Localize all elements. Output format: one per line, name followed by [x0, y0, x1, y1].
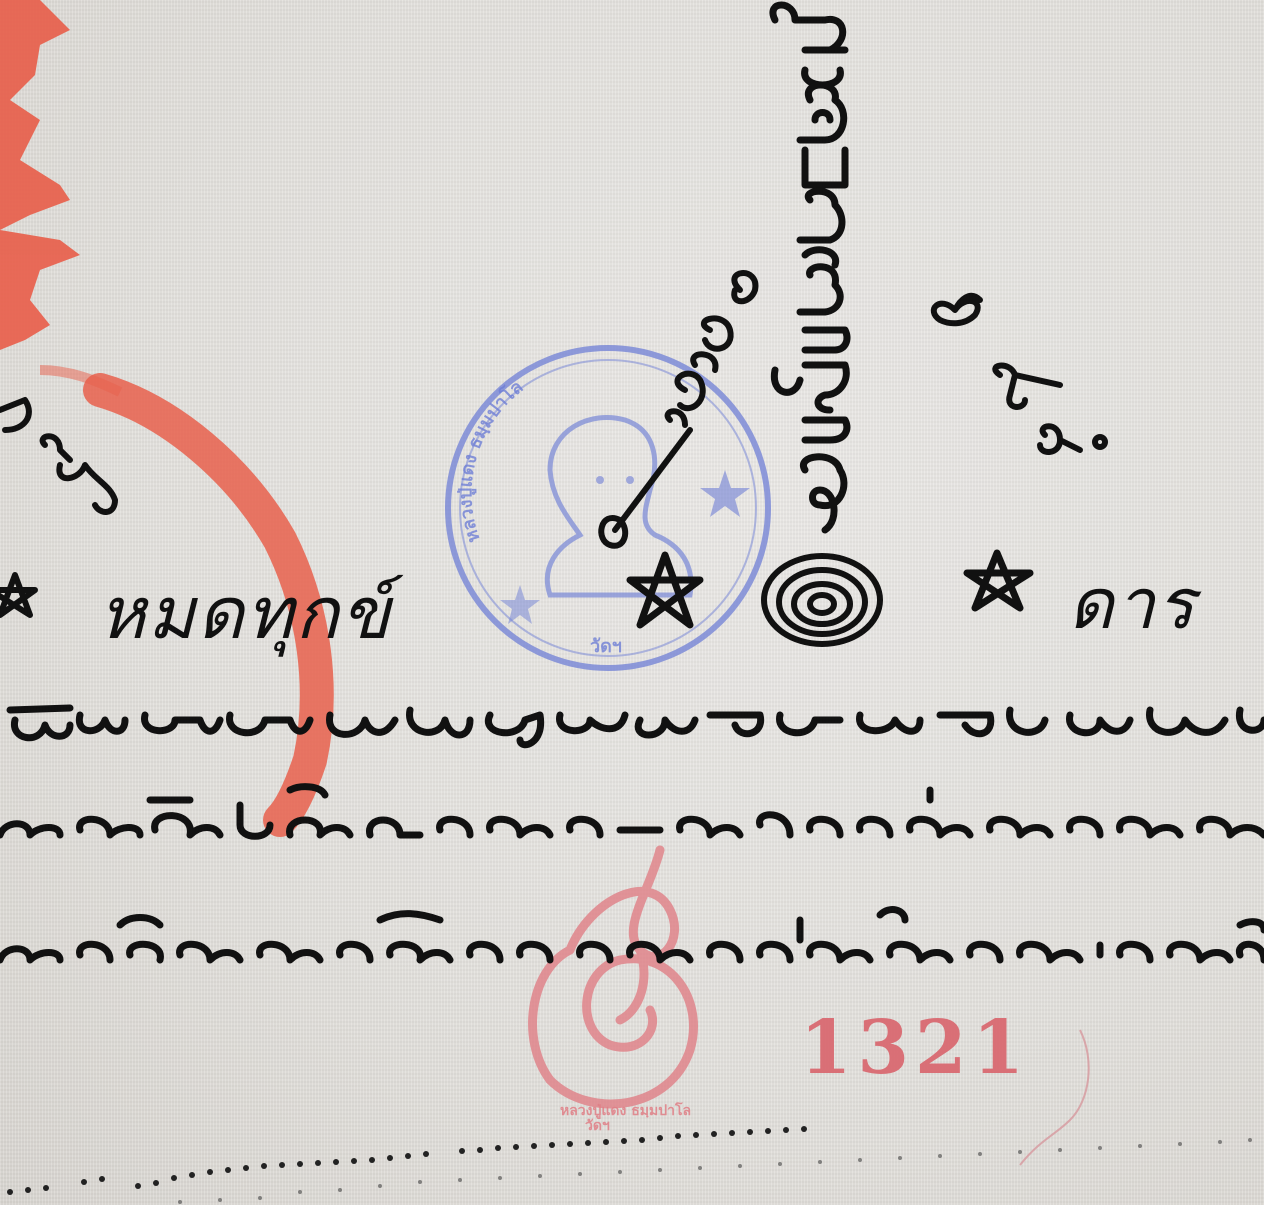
header-text-right: ดาร: [1068, 548, 1196, 659]
blue-stamp-bottom-text: วัดฯ: [590, 636, 622, 657]
script-row-1: [0, 690, 1264, 750]
header-text-left: หมดทุกข์: [98, 555, 392, 670]
star-symbol-left: [0, 565, 30, 625]
dotted-border: [0, 1120, 1264, 1200]
star-symbol-right: [965, 548, 1035, 618]
star-symbol-middle: [630, 550, 700, 630]
diagonal-script-far-left: [0, 390, 140, 530]
script-row-2: [0, 780, 1264, 860]
unalom-spiral-icon: [760, 550, 890, 660]
vertical-script-column: [755, 0, 865, 540]
diagonal-script-right: [920, 280, 1100, 480]
serial-number: 1321: [800, 1005, 1030, 1091]
script-row-3: [0, 905, 1264, 985]
red-seal-text-1: หลวงปู่แดง ธมฺมปาโล: [560, 1101, 691, 1119]
